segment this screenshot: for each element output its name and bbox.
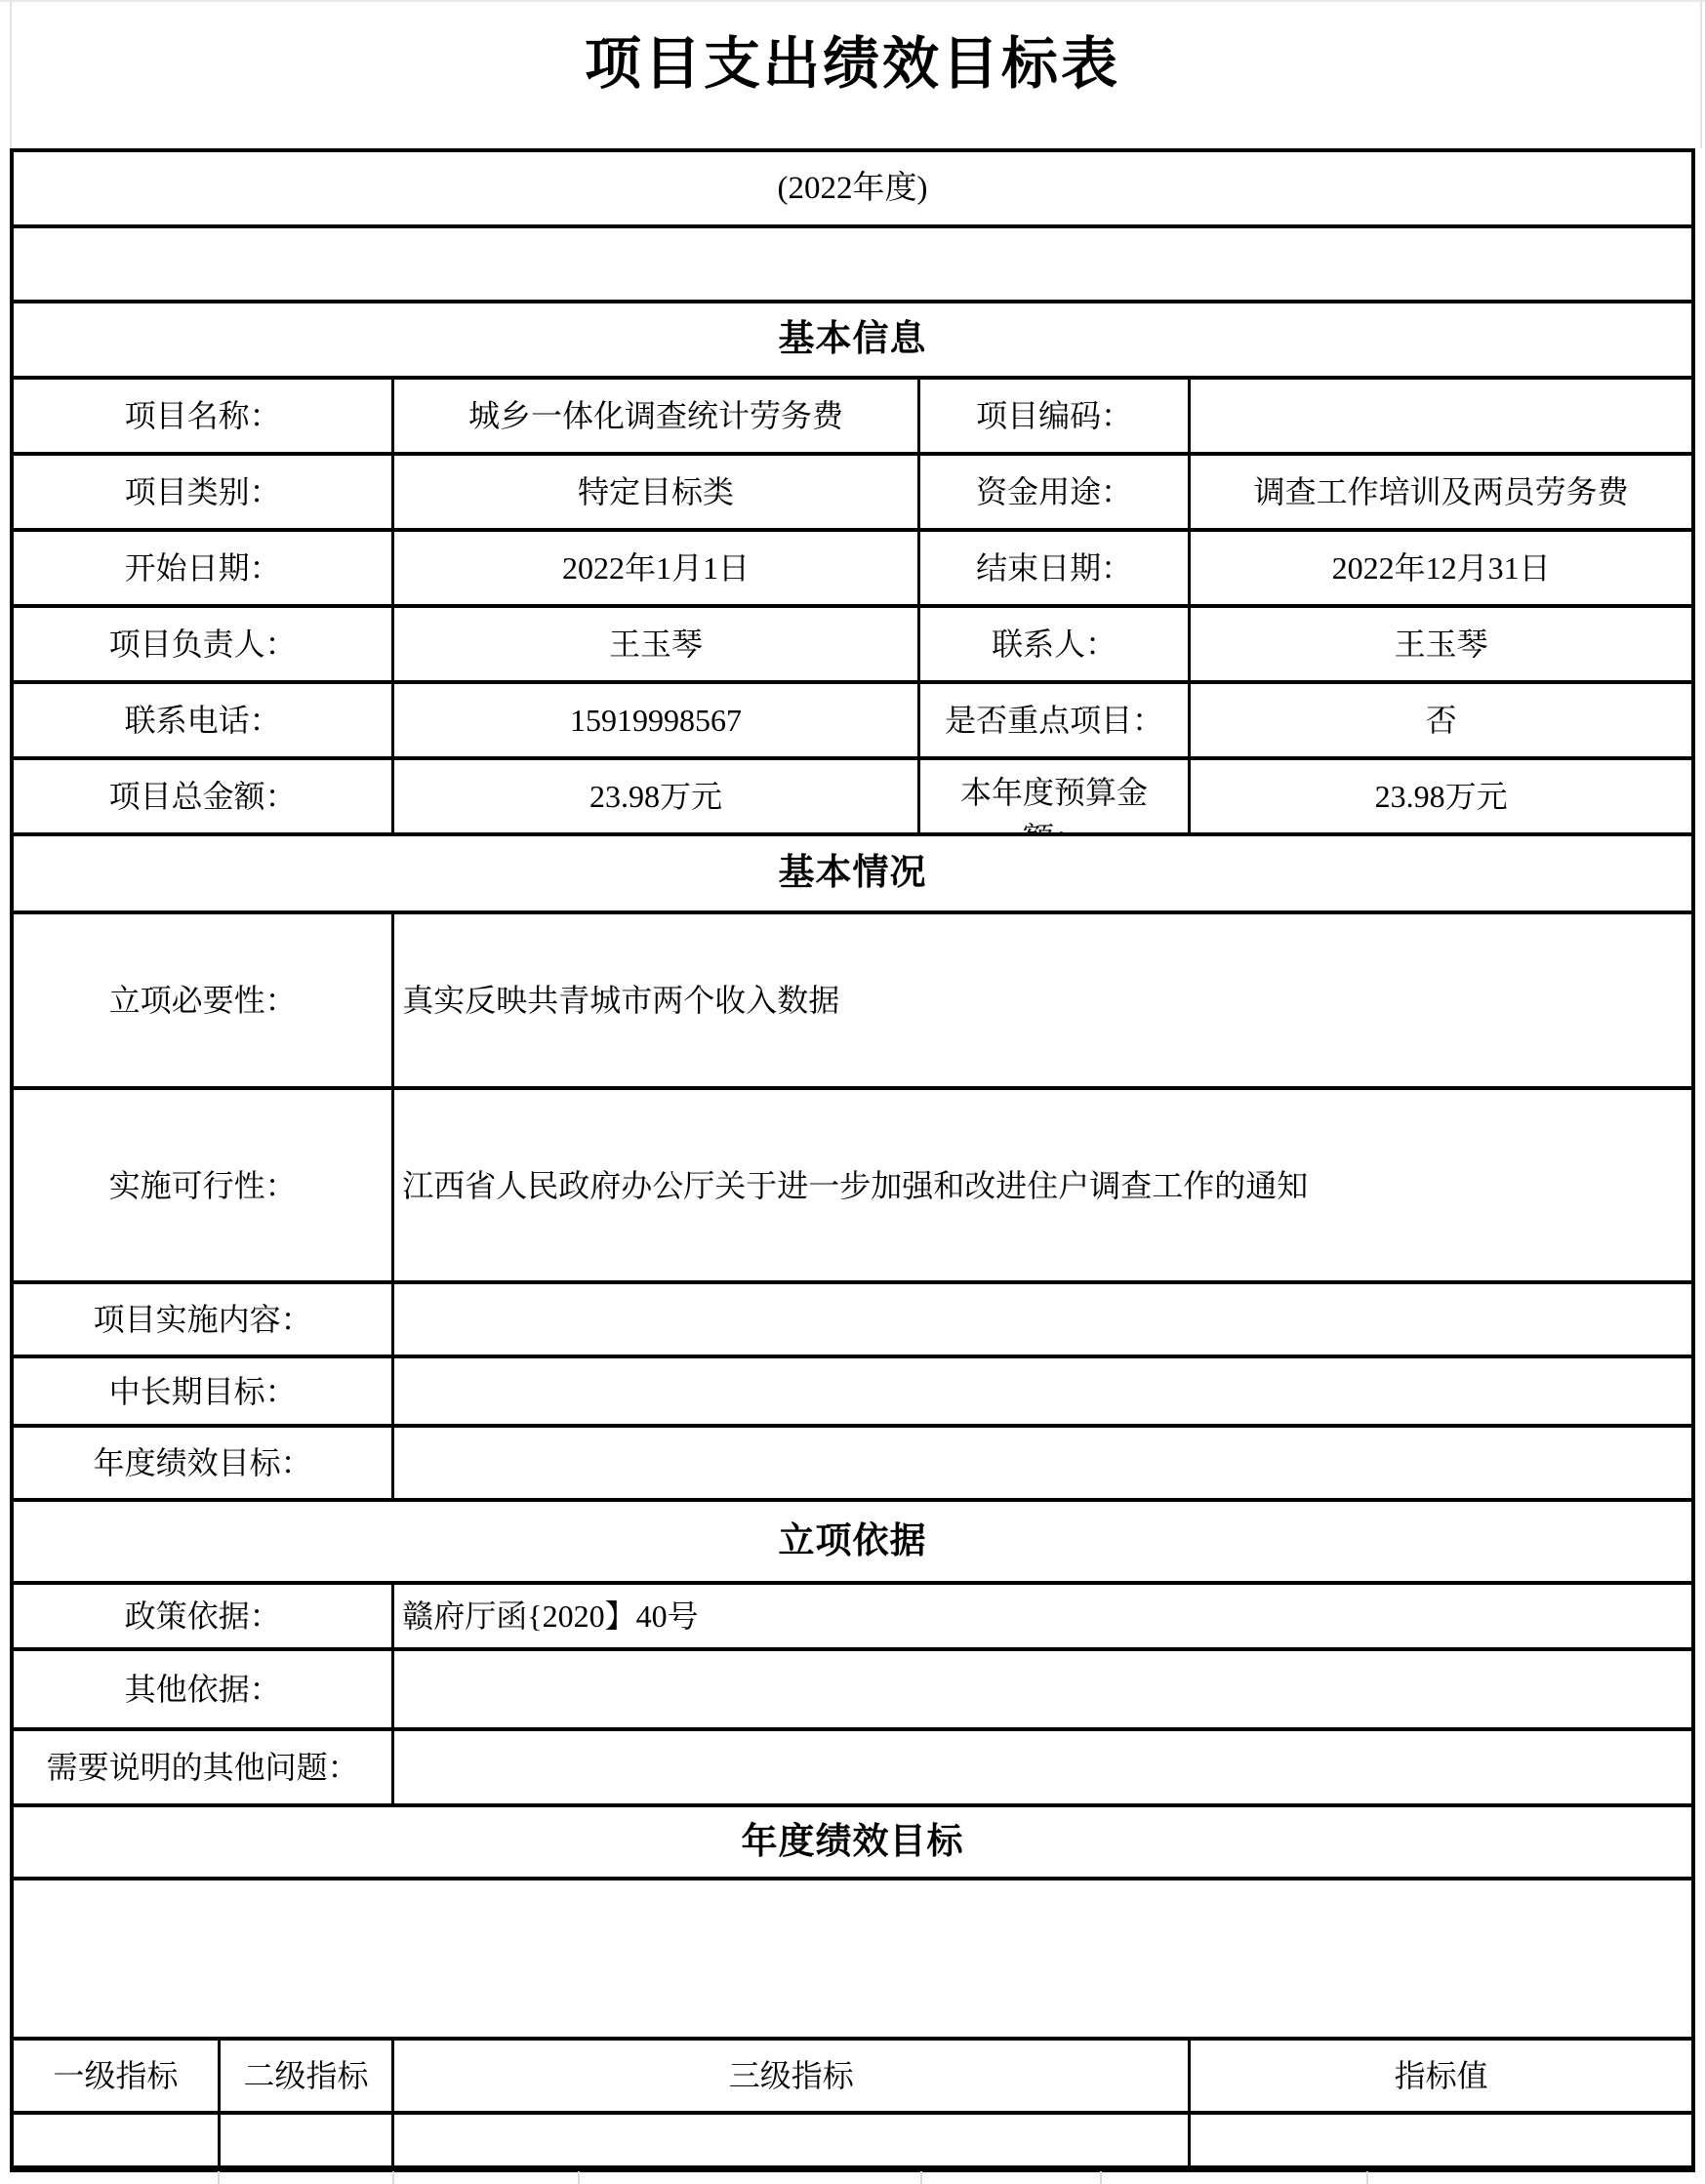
other-issues-label: 需要说明的其他问题：	[14, 1731, 394, 1803]
section-annual-targets-header: 年度绩效目标	[14, 1807, 1691, 1877]
section-basic-situation-header-row: 基本情况	[14, 836, 1691, 914]
necessity-value: 真实反映共青城市两个收入数据	[394, 914, 1691, 1086]
row-feasibility: 实施可行性： 江西省人民政府办公厅关于进一步加强和改进住户调查工作的通知	[14, 1090, 1691, 1284]
spacer-cell	[14, 228, 1691, 300]
policy-basis-value: 赣府厅函{2020】40号	[394, 1585, 1691, 1647]
is-key-project-label: 是否重点项目：	[920, 684, 1192, 756]
row-other-basis: 其他依据：	[14, 1651, 1691, 1731]
row-necessity: 立项必要性： 真实反映共青城市两个收入数据	[14, 914, 1691, 1090]
annual-budget-value: 23.98万元	[1191, 760, 1691, 832]
indicator-level1-cell	[14, 2115, 221, 2165]
policy-basis-label: 政策依据：	[14, 1585, 394, 1647]
fund-purpose-label: 资金用途：	[920, 456, 1192, 528]
project-leader-value: 王玉琴	[394, 608, 920, 680]
annual-budget-label-text: 本年度预算金额：	[954, 760, 1155, 832]
feasibility-label: 实施可行性：	[14, 1090, 394, 1280]
project-name-value: 城乡一体化调查统计劳务费	[394, 380, 920, 452]
contact-phone-value: 15919998567	[394, 684, 920, 756]
indicator-level2-cell	[221, 2115, 394, 2165]
contact-person-value: 王玉琴	[1191, 608, 1691, 680]
row-annual-performance-goal: 年度绩效目标：	[14, 1428, 1691, 1502]
annual-performance-goal-value	[394, 1428, 1691, 1498]
margin-gridline-tick	[392, 2171, 394, 2184]
annual-performance-goal-label: 年度绩效目标：	[14, 1428, 394, 1498]
margin-gridline-tick	[1100, 2171, 1102, 2184]
project-code-value	[1191, 380, 1691, 452]
spacer-row	[14, 228, 1691, 303]
start-date-label: 开始日期：	[14, 532, 394, 604]
project-total-amount-label: 项目总金额：	[14, 760, 394, 832]
row-project-category: 项目类别： 特定目标类 资金用途： 调查工作培训及两员劳务费	[14, 456, 1691, 532]
indicator-level1-header: 一级指标	[14, 2041, 221, 2111]
page-title: 项目支出绩效目标表	[0, 18, 1705, 100]
end-date-label: 结束日期：	[920, 532, 1192, 604]
fund-purpose-value: 调查工作培训及两员劳务费	[1191, 456, 1691, 528]
annual-targets-content-row	[14, 1881, 1691, 2041]
indicator-level3-cell	[394, 2115, 1191, 2165]
section-basic-info-header-row: 基本信息	[14, 303, 1691, 380]
project-category-label: 项目类别：	[14, 456, 394, 528]
start-date-value: 2022年1月1日	[394, 532, 920, 604]
year-row: (2022年度)	[14, 152, 1691, 228]
section-project-basis-header: 立项依据	[14, 1502, 1691, 1581]
margin-gridline-top	[0, 0, 1705, 2]
indicator-level3-header: 三级指标	[394, 2041, 1191, 2111]
contact-phone-label: 联系电话：	[14, 684, 394, 756]
indicator-header-row: 一级指标 二级指标 三级指标 指标值	[14, 2041, 1691, 2115]
other-basis-value	[394, 1651, 1691, 1727]
section-project-basis-header-row: 立项依据	[14, 1502, 1691, 1585]
row-project-name: 项目名称： 城乡一体化调查统计劳务费 项目编码：	[14, 380, 1691, 456]
project-name-label: 项目名称：	[14, 380, 394, 452]
row-implementation-content: 项目实施内容：	[14, 1284, 1691, 1358]
margin-gridline-tick	[578, 2171, 580, 2184]
margin-gridline-tick	[920, 2171, 922, 2184]
project-total-amount-value: 23.98万元	[394, 760, 920, 832]
indicator-level2-header: 二级指标	[221, 2041, 394, 2111]
project-leader-label: 项目负责人：	[14, 608, 394, 680]
mid-long-term-goal-value	[394, 1358, 1691, 1424]
necessity-label: 立项必要性：	[14, 914, 394, 1086]
is-key-project-value: 否	[1191, 684, 1691, 756]
row-other-issues: 需要说明的其他问题：	[14, 1731, 1691, 1807]
indicator-empty-row	[14, 2115, 1691, 2165]
performance-target-table: (2022年度) 基本信息 项目名称： 城乡一体化调查统计劳务费 项目编码： 项…	[10, 148, 1695, 2172]
feasibility-value: 江西省人民政府办公厅关于进一步加强和改进住户调查工作的通知	[394, 1090, 1691, 1280]
margin-gridline-tick	[218, 2171, 220, 2184]
row-persons: 项目负责人： 王玉琴 联系人： 王玉琴	[14, 608, 1691, 684]
other-issues-value	[394, 1731, 1691, 1803]
other-basis-label: 其他依据：	[14, 1651, 394, 1727]
indicator-value-header: 指标值	[1191, 2041, 1691, 2111]
project-code-label: 项目编码：	[920, 380, 1192, 452]
document-page: 项目支出绩效目标表 (2022年度) 基本信息 项目名称： 城乡一体化调查统计劳…	[0, 0, 1705, 2184]
row-mid-long-term-goal: 中长期目标：	[14, 1358, 1691, 1428]
indicator-value-cell	[1191, 2115, 1691, 2165]
project-category-value: 特定目标类	[394, 456, 920, 528]
row-policy-basis: 政策依据： 赣府厅函{2020】40号	[14, 1585, 1691, 1651]
section-annual-targets-header-row: 年度绩效目标	[14, 1807, 1691, 1881]
row-dates: 开始日期： 2022年1月1日 结束日期： 2022年12月31日	[14, 532, 1691, 608]
contact-person-label: 联系人：	[920, 608, 1192, 680]
implementation-content-label: 项目实施内容：	[14, 1284, 394, 1355]
end-date-value: 2022年12月31日	[1191, 532, 1691, 604]
row-phone-keyproject: 联系电话： 15919998567 是否重点项目： 否	[14, 684, 1691, 760]
section-basic-situation-header: 基本情况	[14, 836, 1691, 910]
implementation-content-value	[394, 1284, 1691, 1355]
annual-budget-label: 本年度预算金额：	[920, 760, 1192, 832]
year-cell: (2022年度)	[14, 152, 1691, 224]
row-amounts: 项目总金额： 23.98万元 本年度预算金额： 23.98万元	[14, 760, 1691, 836]
section-basic-info-header: 基本信息	[14, 303, 1691, 376]
mid-long-term-goal-label: 中长期目标：	[14, 1358, 394, 1424]
annual-targets-content	[14, 1881, 1691, 2037]
margin-gridline-tick	[1366, 2171, 1368, 2184]
